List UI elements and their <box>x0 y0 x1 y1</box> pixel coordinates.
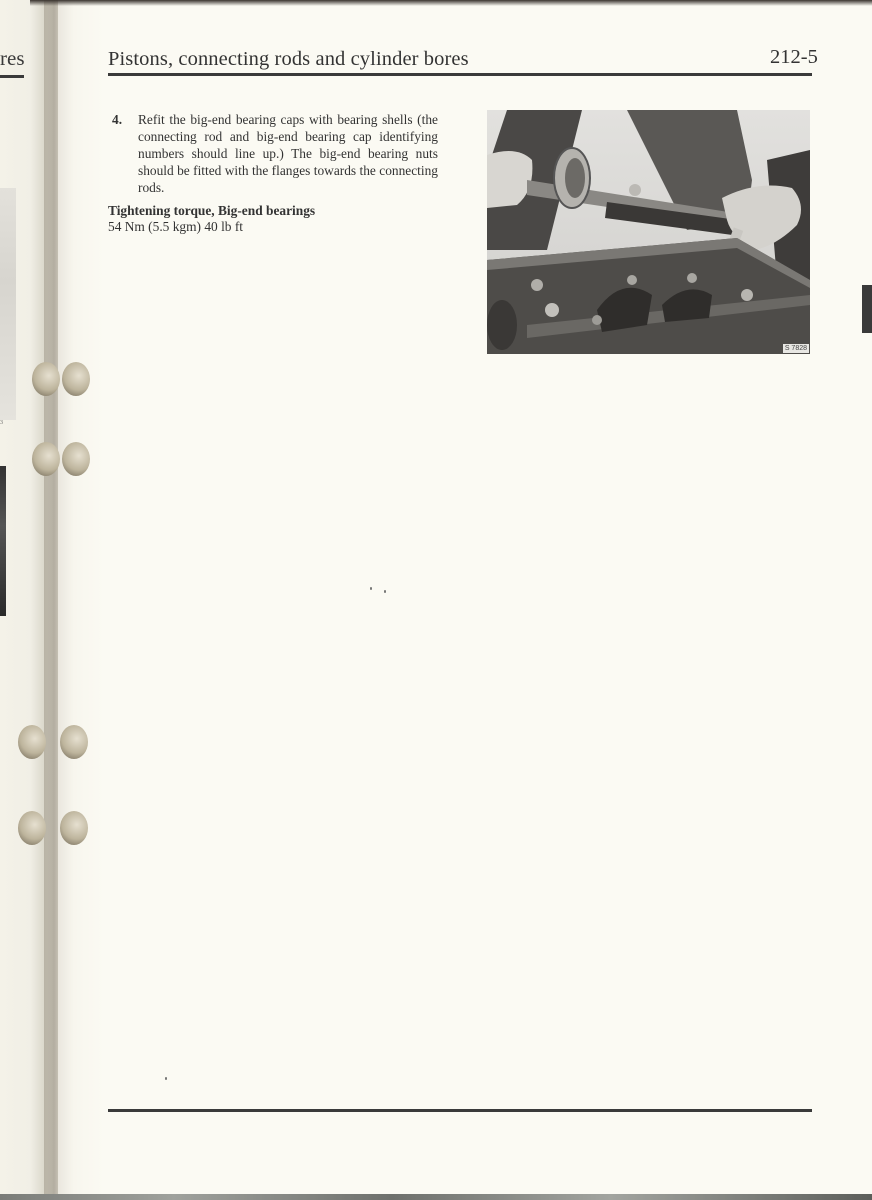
paper-speck <box>165 1077 167 1080</box>
paper-speck <box>384 590 386 593</box>
previous-page-figure <box>0 188 16 420</box>
page-number: 212-5 <box>770 46 818 69</box>
previous-page-rule <box>0 75 24 78</box>
previous-page-caption: 3 <box>0 420 3 426</box>
footer-rule <box>108 1109 812 1112</box>
punch-hole <box>18 725 46 759</box>
previous-page-photo <box>0 466 6 616</box>
bottom-edge <box>0 1194 872 1200</box>
step-text: Refit the big-end bearing caps with bear… <box>138 111 438 196</box>
punch-hole <box>62 442 90 476</box>
top-edge-shadow <box>30 0 872 6</box>
step-number: 4. <box>112 111 132 128</box>
punch-hole <box>60 725 88 759</box>
punch-hole <box>18 811 46 845</box>
paper-speck <box>370 587 372 590</box>
previous-page-header-fragment: res <box>0 46 25 71</box>
section-thumb-tab <box>862 285 872 333</box>
binding-shadow <box>44 0 104 1200</box>
page-title: Pistons, connecting rods and cylinder bo… <box>108 48 469 71</box>
procedure-step: 4. Refit the big-end bearing caps with b… <box>112 111 438 196</box>
figure-reference: S 7828 <box>783 344 809 353</box>
header-rule <box>108 73 812 76</box>
punch-hole <box>32 442 60 476</box>
torque-spec-value: 54 Nm (5.5 kgm) 40 lb ft <box>108 219 243 235</box>
torque-wrench-photo: S 7828 <box>487 110 810 354</box>
punch-hole <box>62 362 90 396</box>
punch-hole <box>60 811 88 845</box>
torque-spec-title: Tightening torque, Big-end bearings <box>108 203 315 219</box>
punch-hole <box>32 362 60 396</box>
